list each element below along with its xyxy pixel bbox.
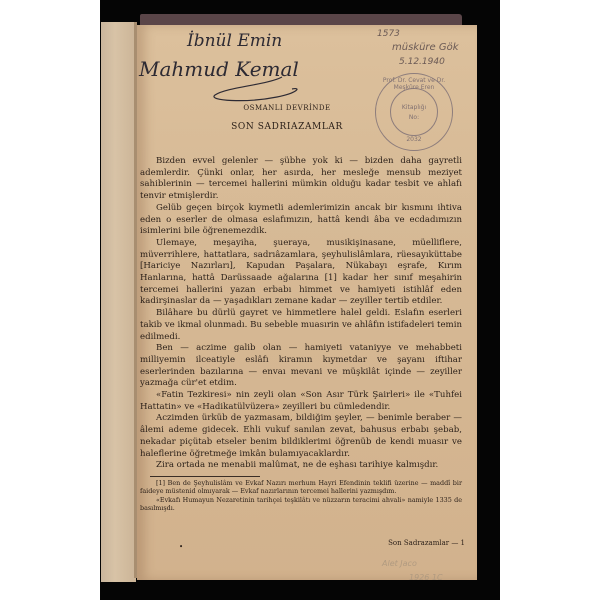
pencil-note-1: Alet Jaco: [382, 559, 417, 568]
library-stamp: Prof. Dr. Cevat ve Dr. Meşkûre Eren Kita…: [375, 73, 453, 151]
stamp-bottom-text: 2032: [376, 136, 452, 143]
paragraph: Ulemaye, meşayiha, şueraya, musikişinasa…: [140, 238, 462, 308]
book-page: İbnül Emin Mahmud Kemal 1573 müsküre Gök…: [137, 25, 477, 580]
paragraph: Ben — aczime galib olan — hamiyeti vatan…: [140, 343, 462, 390]
paragraph: Aczimden ürküb de yazmasam, bildiğim şey…: [140, 413, 462, 460]
body-text: Bizden evvel gelenler — şübhe yok ki — b…: [140, 156, 462, 513]
paragraph: Bizden evvel gelenler — şübhe yok ki — b…: [140, 156, 462, 203]
paragraph: Gelüb geçen birçok kıymetli ademlerimizi…: [140, 203, 462, 238]
handwritten-number: 1573: [377, 29, 400, 39]
page-mark: •: [179, 543, 183, 551]
footnote: «Evkafı Humayun Nezaretinin tarihçei teş…: [140, 496, 462, 513]
stamp-ring-text: Prof. Dr. Cevat ve Dr. Meşkûre Eren: [376, 77, 452, 91]
signature-line-1: İbnül Emin: [187, 31, 282, 51]
footnote: [1] Ben de Şeyhulislâm ve Evkaf Nazırı m…: [140, 479, 462, 496]
running-footer: Son Sadrazamlar — 1: [388, 539, 465, 547]
handwritten-date: 5.12.1940: [399, 57, 445, 67]
paragraph: Zira ortada ne menabii malûmat, ne de eş…: [140, 460, 462, 472]
handwritten-name: müsküre Gök: [392, 42, 459, 53]
pencil-note-2: 1926 1C: [409, 573, 443, 582]
paragraph: «Fatin Tezkiresi» nin zeyli olan «Son As…: [140, 390, 462, 413]
book-flyleaf: [101, 22, 136, 582]
footnote-divider: [150, 476, 260, 477]
subheading: OSMANLI DEVRİNDE: [137, 104, 437, 112]
paragraph: Bilâhare bu dürlü gayret ve himmetlere h…: [140, 308, 462, 343]
stamp-number-label: No:: [376, 114, 452, 121]
signature-flourish-icon: [207, 75, 307, 103]
page-title: SON SADRIAZAMLAR: [137, 122, 437, 132]
